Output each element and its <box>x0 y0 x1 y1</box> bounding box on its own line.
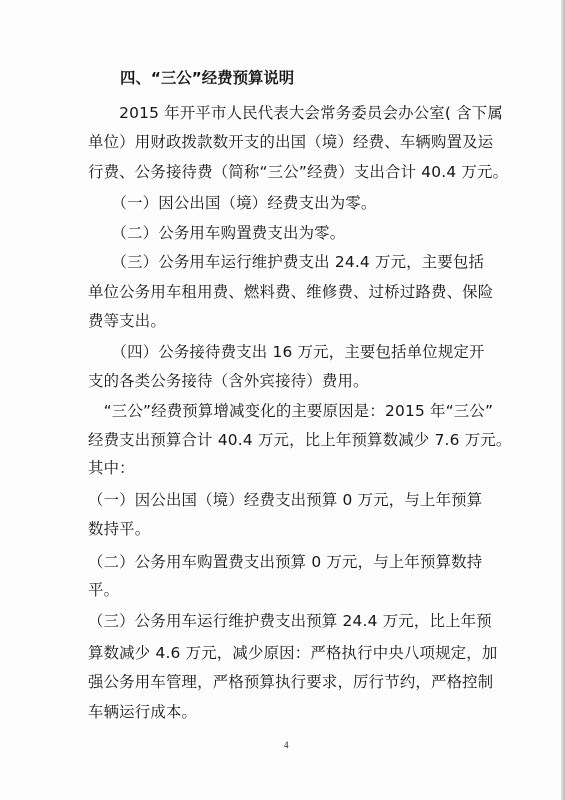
paragraph-line: 行费、公务接待费（简称“三公”经费）支出合计 40.4 万元。 <box>88 162 482 182</box>
paragraph-line: （二）公务用车购置费支出为零。 <box>88 223 482 243</box>
paragraph-line: 强公务用车管理，严格预算执行要求，厉行节约，严格控制 <box>88 672 482 692</box>
paragraph-line: 单位）用财政拨款数开支的出国（境）经费、车辆购置及运 <box>88 132 482 152</box>
paragraph-line: 2015 年开平市人民代表大会常务委员会办公室( 含下属 <box>88 103 482 123</box>
paragraph-line: “三公”经费预算增减变化的主要原因是：2015 年“三公” <box>88 401 482 421</box>
scan-edge <box>561 0 565 800</box>
paragraph-line: 单位公务用车租用费、燃料费、维修费、过桥过路费、保险 <box>88 282 482 302</box>
page-number: 4 <box>284 740 289 750</box>
paragraph-line: （三）公务用车运行维护费支出 24.4 万元，主要包括 <box>88 252 482 272</box>
document-page: 四、“三公”经费预算说明 2015 年开平市人民代表大会常务委员会办公室( 含下… <box>0 0 565 800</box>
section-heading: 四、“三公”经费预算说明 <box>120 68 294 88</box>
paragraph-line: （二）公务用车购置费支出预算 0 万元，与上年预算数持 <box>88 552 482 572</box>
paragraph-line: 支的各类公务接待（含外宾接待）费用。 <box>88 371 482 391</box>
paragraph-line: 数持平。 <box>88 519 482 539</box>
paragraph-line: 其中： <box>88 458 482 478</box>
paragraph-line: 平。 <box>88 580 482 600</box>
paragraph-line: （四）公务接待费支出 16 万元，主要包括单位规定开 <box>88 342 482 362</box>
paragraph-line: （一）因公出国（境）经费支出为零。 <box>88 193 482 213</box>
paragraph-line: （一）因公出国（境）经费支出预算 0 万元，与上年预算 <box>88 490 482 510</box>
paragraph-line: 经费支出预算合计 40.4 万元，比上年预算数减少 7.6 万元。 <box>88 430 482 450</box>
paragraph-line: （三）公务用车运行维护费支出预算 24.4 万元，比上年预 <box>88 611 482 631</box>
paragraph-line: 费等支出。 <box>88 311 482 331</box>
paragraph-line: 车辆运行成本。 <box>88 702 482 722</box>
paragraph-line: 算数减少 4.6 万元，减少原因：严格执行中央八项规定，加 <box>88 643 482 663</box>
